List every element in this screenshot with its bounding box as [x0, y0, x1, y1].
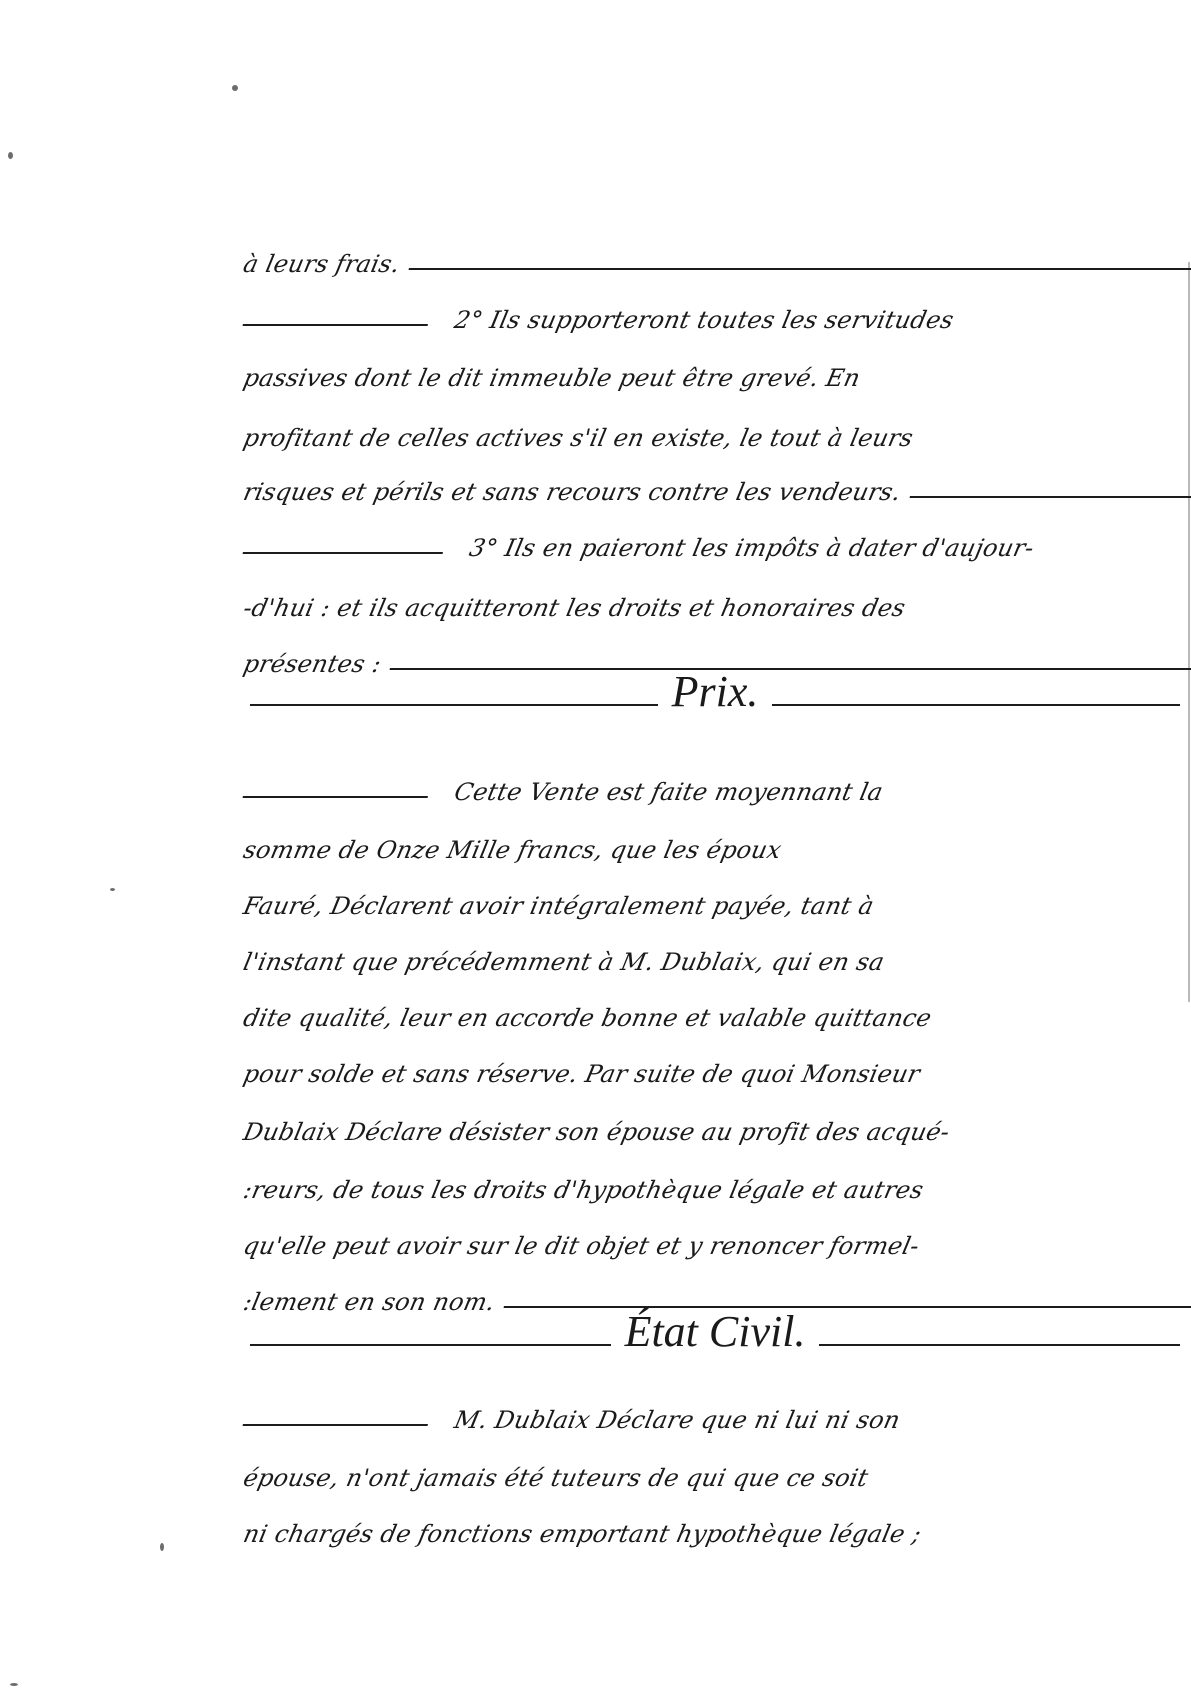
- text-line-21: ni chargés de fonctions emportant hypoth…: [240, 1482, 1191, 1552]
- scan-speck: [160, 1543, 164, 1551]
- document-page: à leurs frais. 2° Ils supporteront toute…: [0, 0, 1191, 1698]
- lead-rule: [243, 552, 443, 554]
- heading-rule-right: [819, 1344, 1180, 1346]
- scan-speck: [8, 152, 13, 159]
- heading-rule-right: [772, 704, 1180, 706]
- section-heading-prix: Prix.: [250, 650, 1180, 720]
- heading-text: Prix.: [658, 670, 773, 720]
- scan-speck: [110, 888, 115, 891]
- section-heading-etat-civil: État Civil.: [250, 1290, 1180, 1360]
- heading-text: État Civil.: [611, 1310, 820, 1360]
- heading-rule-left: [250, 704, 658, 706]
- heading-rule-left: [250, 1344, 611, 1346]
- scan-speck: [232, 85, 238, 91]
- scan-speck: [10, 1683, 18, 1686]
- line-text: ni chargés de fonctions emportant hypoth…: [240, 1522, 923, 1552]
